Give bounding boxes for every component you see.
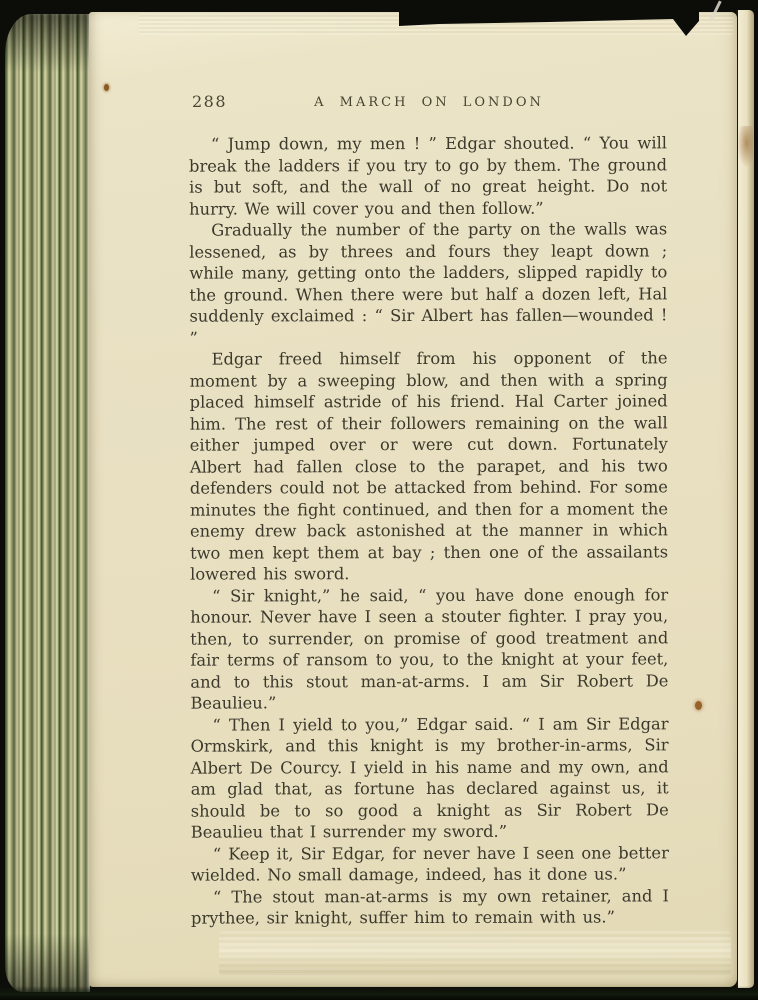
running-title: A MARCH ON LONDON: [190, 92, 668, 110]
foxing-spot: [104, 84, 109, 91]
foxing-smudge: [737, 126, 753, 168]
paragraph: “ The stout man-at-arms is my own retain…: [191, 885, 669, 929]
page-text: “ Jump down, my men ! ” Edgar shouted. “…: [189, 132, 669, 929]
paragraph: “ Then I yield to you,” Edgar said. “ I …: [190, 713, 668, 843]
paragraph: Edgar freed himself from his opponent of…: [190, 347, 669, 585]
paragraph: “ Jump down, my men ! ” Edgar shouted. “…: [189, 132, 667, 219]
book-cover-bottom-edge: [0, 986, 758, 1000]
scanned-book-photo: 288 A MARCH ON LONDON “ Jump down, my me…: [0, 0, 758, 1000]
page-header: 288 A MARCH ON LONDON: [190, 92, 668, 114]
foxing-spot: [695, 701, 702, 710]
page-edge-texture-bottom: [219, 931, 731, 975]
book-page: 288 A MARCH ON LONDON “ Jump down, my me…: [89, 12, 737, 987]
page-number: 288: [192, 92, 227, 111]
page-stack-fore-edges: [5, 14, 90, 992]
paragraph: Gradually the number of the party on the…: [189, 218, 667, 348]
paragraph: “ Sir knight,” he said, “ you have done …: [190, 584, 668, 714]
paragraph: “ Keep it, Sir Edgar, for never have I s…: [191, 842, 669, 886]
